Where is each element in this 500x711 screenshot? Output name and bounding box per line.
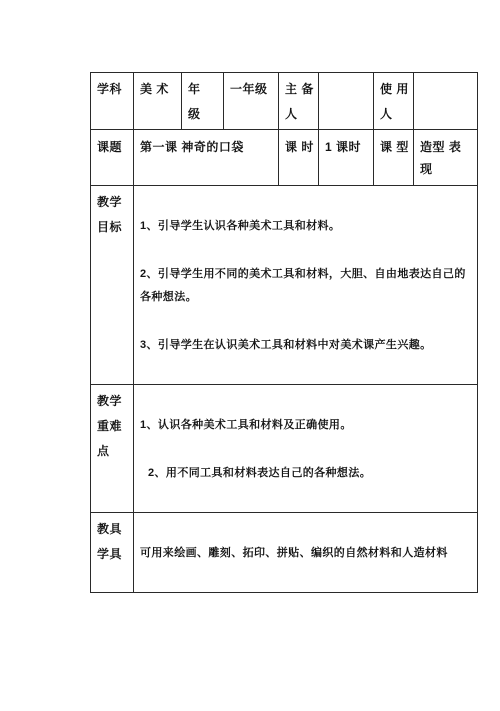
topic-label: 课题 — [91, 130, 134, 186]
objectives-content: 1、引导学生认识各种美术工具和材料。 2、引导学生用不同的美术工具和材料，大胆、… — [134, 186, 478, 385]
period-value: 1 课时 — [319, 130, 374, 186]
objective-item: 2、引导学生用不同的美术工具和材料，大胆、自由地表达自己的各种想法。 — [140, 263, 474, 309]
key-points-content: 1、认识各种美术工具和材料及正确使用。 2、用不同工具和材料表达自己的各种想法。 — [134, 385, 478, 513]
row-materials: 教具 学具 可用来绘画、雕刻、拓印、拼贴、编织的自然材料和人造材料 — [91, 513, 478, 593]
subject-label: 学科 — [91, 73, 134, 130]
row-topic: 课题 第一课 神奇的口袋 课 时 1 课时 课 型 造型 表 现 — [91, 130, 478, 186]
key-point-item: 2、用不同工具和材料表达自己的各种想法。 — [140, 462, 474, 485]
topic-value: 第一课 神奇的口袋 — [134, 130, 279, 186]
user-label: 使 用 人 — [374, 73, 414, 130]
type-label: 课 型 — [374, 130, 414, 186]
row-objectives: 教学 目标 1、引导学生认识各种美术工具和材料。 2、引导学生用不同的美术工具和… — [91, 186, 478, 385]
preparer-value — [319, 73, 374, 130]
materials-content: 可用来绘画、雕刻、拓印、拼贴、编织的自然材料和人造材料 — [134, 513, 478, 593]
materials-label: 教具 学具 — [91, 513, 134, 593]
key-point-item: 1、认识各种美术工具和材料及正确使用。 — [140, 414, 474, 437]
document-page: 学科 美 术 年 级 一年级 主 备 人 使 用 人 课题 第一课 神奇的口袋 … — [0, 0, 500, 711]
grade-value: 一年级 — [224, 73, 279, 130]
preparer-label: 主 备 人 — [279, 73, 319, 130]
row-key-points: 教学 重难 点 1、认识各种美术工具和材料及正确使用。 2、用不同工具和材料表达… — [91, 385, 478, 513]
lesson-plan-table: 学科 美 术 年 级 一年级 主 备 人 使 用 人 课题 第一课 神奇的口袋 … — [90, 72, 478, 593]
grade-label: 年 级 — [182, 73, 224, 130]
subject-value: 美 术 — [134, 73, 182, 130]
materials-value: 可用来绘画、雕刻、拓印、拼贴、编织的自然材料和人造材料 — [140, 542, 474, 565]
key-points-label: 教学 重难 点 — [91, 385, 134, 513]
objectives-label: 教学 目标 — [91, 186, 134, 385]
type-value: 造型 表 现 — [414, 130, 478, 186]
objective-item: 1、引导学生认识各种美术工具和材料。 — [140, 215, 474, 238]
period-label: 课 时 — [279, 130, 319, 186]
row-basic-info: 学科 美 术 年 级 一年级 主 备 人 使 用 人 — [91, 73, 478, 130]
objective-item: 3、引导学生在认识美术工具和材料中对美术课产生兴趣。 — [140, 334, 474, 357]
user-value — [414, 73, 478, 130]
